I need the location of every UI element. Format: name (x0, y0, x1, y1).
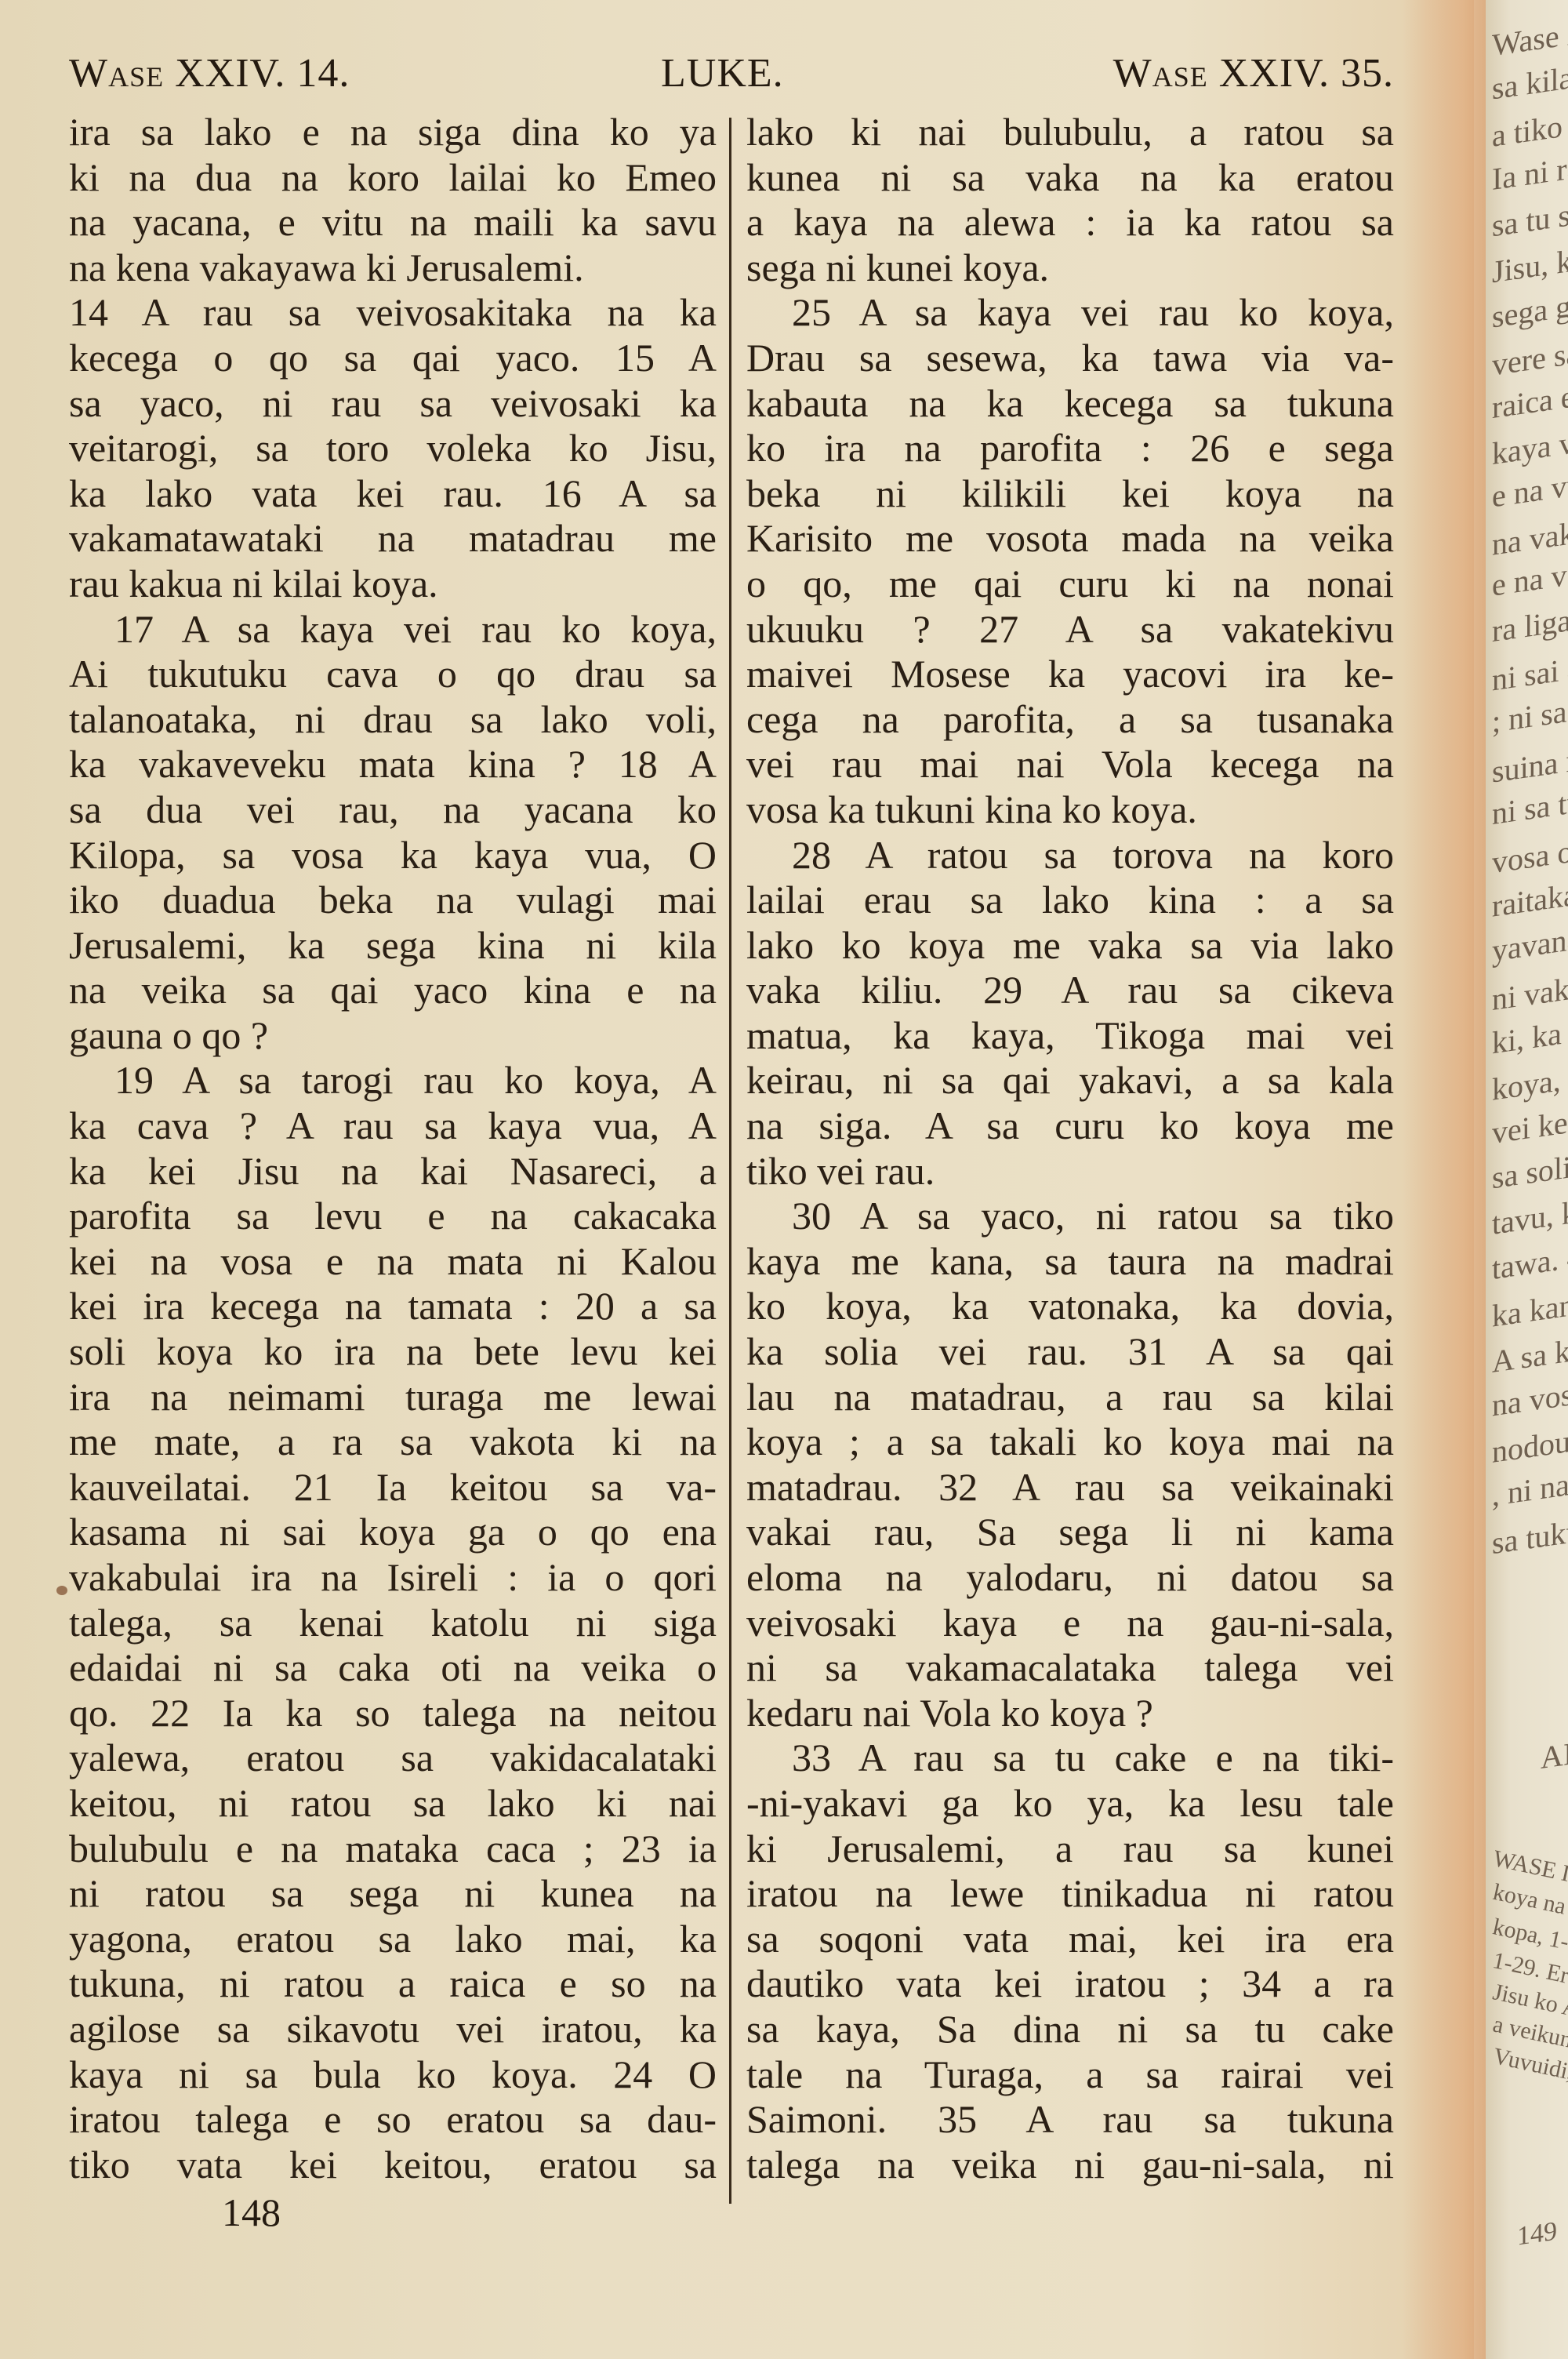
text-line: qo. 22 Ia ka so talega na neitou (69, 1691, 717, 1736)
next-page-text-line: e na v (1492, 556, 1567, 603)
page-curl-shadow (1403, 0, 1490, 2359)
next-page-text-line: vei kem (1492, 1100, 1568, 1151)
text-line: ko koya, ka vatonaka, ka dovia, (746, 1284, 1394, 1329)
text-line: Jerusalemi, ka sega kina ni kila (69, 923, 717, 969)
text-line: lako ko koya me vaka sa via lako (746, 923, 1394, 969)
text-line: lako ki nai bulubulu, a ratou sa (746, 110, 1394, 155)
text-line: sa yaco, ni rau sa veivosaki ka (69, 381, 717, 427)
text-line: bulubulu e na mataka caca ; 23 ia (69, 1826, 717, 1872)
text-line: sega ni kunei koya. (746, 245, 1394, 291)
text-line: 33 A rau sa tu cake e na tiki- (746, 1736, 1394, 1781)
text-line: sa soqoni vata mai, kei ira era (746, 1917, 1394, 1962)
text-line: kedaru nai Vola ko koya ? (746, 1691, 1394, 1736)
text-line: a kaya na alewa : ia ka ratou sa (746, 200, 1394, 245)
next-page-text-line: raitaka v (1492, 872, 1568, 925)
next-page-text-line: sa tukuni (1492, 1509, 1568, 1561)
text-line: maivei Mosese ka yacovi ira ke- (746, 652, 1394, 697)
text-line: veivosaki kaya e na gau-ni-sala, (746, 1601, 1394, 1646)
column-divider (729, 118, 731, 2204)
text-line: -ni-yakavi ga ko ya, ka lesu tale (746, 1781, 1394, 1826)
text-line: kecega o qo sa qai yaco. 15 A (69, 336, 717, 381)
text-line: na yacana, e vitu na maili ka savu (69, 200, 717, 245)
header-chapter-start: Wase XXIV. 14. (69, 50, 350, 96)
text-line: koya ; a sa takali ko koya mai na (746, 1419, 1394, 1465)
next-page-text-line: yavana. (1492, 918, 1568, 969)
right-text-column: lako ki nai bulubulu, a ratou sakunea ni… (746, 110, 1394, 2187)
text-line: kasama ni sai koya ga o qo ena (69, 1510, 717, 1555)
next-page-text-line: ra liga (1492, 602, 1568, 649)
text-line: Ai tukutuku cava o qo drau sa (69, 652, 717, 697)
text-line: na veika sa qai yaco kina e na (69, 968, 717, 1013)
text-line: sa kaya, Sa dina ni sa tu cake (746, 2007, 1394, 2052)
page-number: 148 (222, 2190, 281, 2235)
next-page-text-line: ka kana e (1492, 1281, 1568, 1334)
text-line: tukuna, ni ratou a raica e so na (69, 1961, 717, 2007)
text-line: vakamatawataki na matadrau me (69, 516, 717, 562)
next-page-text-line: ni vakabaut (1492, 961, 1568, 1018)
text-line: tale na Turaga, a sa rairai vei (746, 2052, 1394, 2098)
text-line: ka solia vei rau. 31 A sa qai (746, 1329, 1394, 1375)
text-line: agilose sa sikavotu vei iratou, ka (69, 2007, 717, 2052)
next-page-text-line: e na vuk (1492, 463, 1568, 514)
text-line: ki na dua na koro lailai ko Emeo (69, 155, 717, 201)
text-line: kunea ni sa vaka na ka eratou (746, 155, 1394, 201)
text-line: ka lako vata kei rau. 16 A sa (69, 471, 717, 517)
text-line: yalewa, eratou sa vakidacalataki (69, 1736, 717, 1781)
text-line: ira na neimami turaga me lewai (69, 1375, 717, 1420)
next-page-text-line: sa solia (1492, 1147, 1568, 1197)
text-line: kauveilatai. 21 Ia keitou sa va- (69, 1465, 717, 1510)
text-line: matadrau. 32 A rau sa veikainaki (746, 1465, 1394, 1510)
header-chapter-end: Wase XXIV. 35. (1113, 50, 1394, 96)
next-page-text-line: vosa oti va (1492, 825, 1568, 881)
text-line: veitarogi, sa toro voleka ko Jisu, (69, 426, 717, 471)
text-line: eloma na yalodaru, ni datou sa (746, 1555, 1394, 1601)
running-header: Wase XXIV. 14. LUKE. Wase XXIV. 35. (69, 50, 1394, 100)
text-line: beka ni kilikili kei koya na (746, 471, 1394, 517)
text-line: kei ira kecega na tamata : 20 a sa (69, 1284, 717, 1329)
text-line: Drau sa sesewa, ka tawa via va- (746, 336, 1394, 381)
next-page-text-line: , ni na (1492, 1466, 1568, 1514)
text-line: kei na vosa e na mata ni Kalou (69, 1239, 717, 1285)
text-line: vakai rau, Sa sega li ni kama (746, 1510, 1394, 1555)
text-line: lau na matadrau, a rau sa kilai (746, 1375, 1394, 1420)
next-page-text-line: tawa. 4 (1492, 1238, 1568, 1287)
text-line: 25 A sa kaya vei rau ko koya, (746, 290, 1394, 336)
text-line: ni sa vakamacalataka talega vei (746, 1645, 1394, 1691)
text-line: ukuuku ? 27 A sa vakatekivu (746, 607, 1394, 652)
next-page-header: AI (1541, 1735, 1568, 1776)
next-page-text-line: na vakanan (1492, 506, 1568, 562)
text-line: matua, ka kaya, Tikoga mai vei (746, 1013, 1394, 1059)
text-line: talega, sa kenai katolu ni siga (69, 1601, 717, 1646)
text-line: vei rau mai nai Vola kecega na (746, 742, 1394, 787)
text-line: kaya me kana, sa taura na madrai (746, 1239, 1394, 1285)
next-page-text-line: suina na ya (1492, 733, 1568, 790)
text-line: edaidai ni sa caka oti na veika o (69, 1645, 717, 1691)
text-line: Saimoni. 35 A rau sa tukuna (746, 2097, 1394, 2143)
text-line: ka kei Jisu na kai Nasareci, a (69, 1149, 717, 1194)
text-line: rau kakua ni kilai koya. (69, 562, 717, 607)
ink-stain (56, 1586, 67, 1595)
next-page-text-line: nodou ni (1492, 1418, 1568, 1470)
text-line: lailai erau sa lako kina : a sa (746, 878, 1394, 923)
text-line: vaka kiliu. 29 A rau sa cikeva (746, 968, 1394, 1013)
text-line: soli koya ko ira na bete levu kei (69, 1329, 717, 1375)
next-page-edge: Wase XXIV.sa kilai koa tiko na maIa ni r… (1486, 0, 1568, 2359)
text-line: iratou talega e so eratou sa dau- (69, 2097, 717, 2143)
text-line: ka cava ? A rau sa kaya vua, A (69, 1103, 717, 1149)
text-line: tiko vata kei keitou, eratou sa (69, 2143, 717, 2188)
text-line: ira sa lako e na siga dina ko ya (69, 110, 717, 155)
next-page-text-line: na vosa (1492, 1373, 1568, 1423)
left-text-column: ira sa lako e na siga dina ko yaki na du… (69, 110, 717, 2187)
text-line: iratou na lewe tinikadua ni ratou (746, 1871, 1394, 1917)
text-line: parofita sa levu e na cakacaka (69, 1194, 717, 1239)
text-line: 14 A rau sa veivosakitaka na ka (69, 290, 717, 336)
next-page-number: 149 (1517, 2216, 1557, 2252)
text-line: gauna o qo ? (69, 1013, 717, 1059)
text-line: na kena vakayawa ki Jerusalemi. (69, 245, 717, 291)
text-line: tiko vei rau. (746, 1149, 1394, 1194)
text-line: ko ira na parofita : 26 e sega (746, 426, 1394, 471)
text-line: ki Jerusalemi, a rau sa kunei (746, 1826, 1394, 1872)
text-line: vosa ka tukuni kina ko koya. (746, 787, 1394, 833)
next-page-text-line: koya, Sa d (1492, 1052, 1568, 1108)
text-line: Karisito me vosota mada na veika (746, 516, 1394, 562)
text-line: ka vakaveveku mata kina ? 18 A (69, 742, 717, 787)
text-line: 19 A sa tarogi rau ko koya, A (69, 1058, 717, 1103)
next-page-text-line: Wase XXIV. (1492, 5, 1568, 64)
next-page-text-line: tavu, ka (1492, 1191, 1568, 1242)
text-line: vakabulai ira na Isireli : ia o qori (69, 1555, 717, 1601)
next-page-text-line: ni sai au d (1492, 644, 1568, 699)
text-line: 17 A sa kaya vei rau ko koya, (69, 607, 717, 652)
text-line: dautiko vata kei iratou ; 34 a ra (746, 1961, 1394, 2007)
text-line: iko duadua beka na vulagi mai (69, 878, 717, 923)
text-line: talega na veika ni gau-ni-sala, ni (746, 2143, 1394, 2188)
text-line: ni ratou sa sega ni kunea na (69, 1871, 717, 1917)
header-book-title: LUKE. (661, 50, 784, 96)
text-line: kabauta na ka kecega sa tukuna (746, 381, 1394, 427)
text-line: keirau, ni sa qai yakavi, a sa kala (746, 1058, 1394, 1103)
text-line: 28 A ratou sa torova na koro (746, 833, 1394, 878)
text-line: talanoataka, ni drau sa lako voli, (69, 697, 717, 743)
text-line: kaya ni sa bula ko koya. 24 O (69, 2052, 717, 2098)
book-page: Wase XXIV. 14. LUKE. Wase XXIV. 35. ira … (0, 0, 1474, 2359)
next-page-text-line: A sa kaya (1492, 1326, 1568, 1380)
text-line: 30 A sa yaco, ni ratou sa tiko (746, 1194, 1394, 1239)
next-page-text-line: sa tu sara e (1492, 188, 1568, 245)
next-page-text-line: ni sa tu (1492, 783, 1568, 832)
text-line: na siga. A sa curu ko koya me (746, 1103, 1394, 1149)
text-line: o qo, me qai curu ki na nonai (746, 562, 1394, 607)
next-page-text-line: ; ni sa (1492, 692, 1567, 740)
text-line: yagona, eratou sa lako mai, ka (69, 1917, 717, 1962)
text-line: me mate, a ra sa vakota ki na (69, 1419, 717, 1465)
text-line: keitou, ni ratou sa lako ki nai (69, 1781, 717, 1826)
text-line: Kilopa, sa vosa ka kaya vua, O (69, 833, 717, 878)
text-line: cega na parofita, a sa tusanaka (746, 697, 1394, 743)
text-line: sa dua vei rau, na yacana ko (69, 787, 717, 833)
